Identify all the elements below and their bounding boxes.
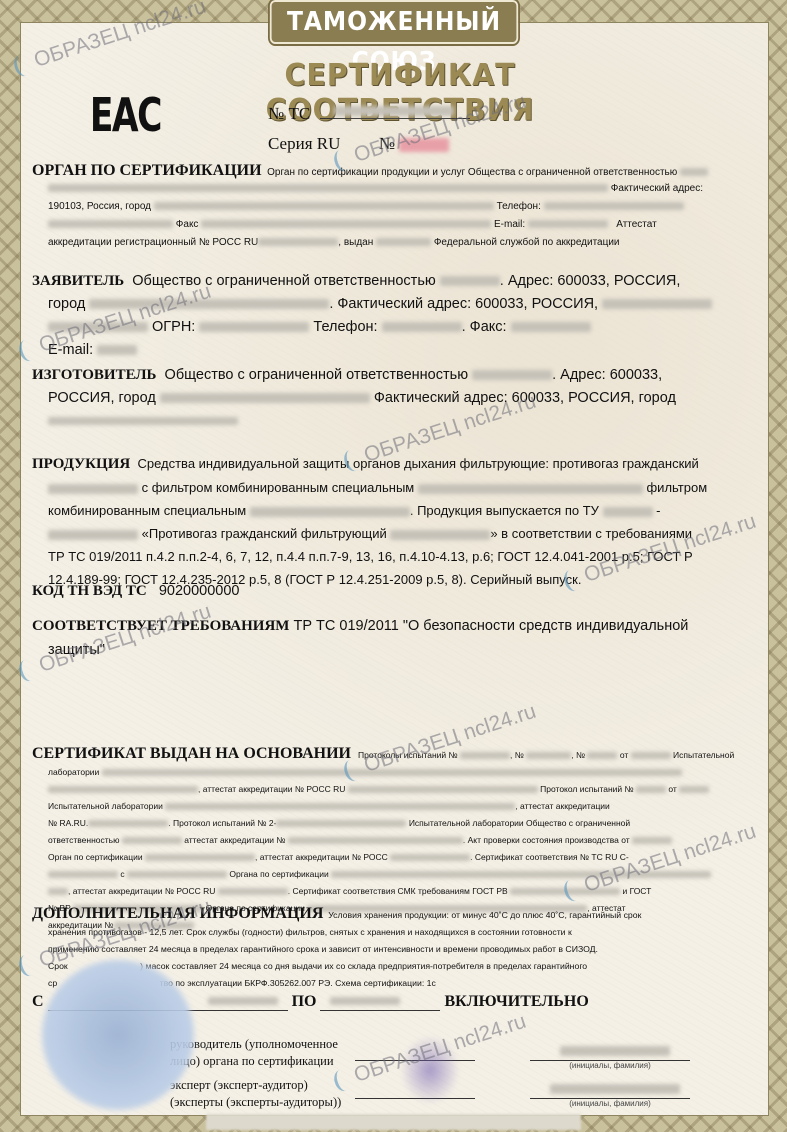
section-heading: ЗАЯВИТЕЛЬ <box>32 273 124 289</box>
section-heading: ОРГАН ПО СЕРТИФИКАЦИИ <box>32 162 262 179</box>
tc-number-value <box>320 104 470 119</box>
tc-number-label: № ТС <box>268 104 310 123</box>
head-name: (инициалы, фамилия) <box>530 1042 690 1070</box>
section-manufacturer: ИЗГОТОВИТЕЛЬ Общество с ограниченной отв… <box>32 364 762 433</box>
section-certification-body: ОРГАН ПО СЕРТИФИКАЦИИ Орган по сертифика… <box>32 162 762 252</box>
section-heading: СЕРТИФИКАТ ВЫДАН НА ОСНОВАНИИ <box>32 745 351 762</box>
series-label: Серия RU <box>268 134 340 153</box>
section-heading: ПРОДУКЦИЯ <box>32 456 130 472</box>
section-tnved: КОД ТН ВЭД ТС 9020000000 <box>32 580 240 603</box>
eac-logo: ЕАС <box>90 88 161 142</box>
section-heading: СООТВЕТСТВУЕТ ТРЕБОВАНИЯМ <box>32 618 289 634</box>
validity-to-date <box>320 992 440 1011</box>
form-number-strip <box>206 1114 581 1130</box>
signature <box>400 1035 460 1105</box>
section-heading: ИЗГОТОВИТЕЛЬ <box>32 367 156 383</box>
stamp-seal <box>42 960 194 1110</box>
validity-inclusive-label: ВКЛЮЧИТЕЛЬНО <box>444 993 588 1010</box>
expert-name: (инициалы, фамилия) <box>530 1080 690 1108</box>
series-number: Серия RU № <box>268 134 449 154</box>
tc-number: № ТС <box>268 104 470 124</box>
customs-union-banner: ТАМОЖЕННЫЙ СОЮЗ <box>270 0 518 44</box>
series-number-value <box>399 138 449 152</box>
validity-from-label: С <box>32 993 44 1010</box>
head-signature-label: руководитель (уполномоченное лицо) орган… <box>170 1036 338 1070</box>
section-heading: ДОПОЛНИТЕЛЬНАЯ ИНФОРМАЦИЯ <box>32 905 323 922</box>
section-conformity: СООТВЕТСТВУЕТ ТРЕБОВАНИЯМ ТР ТС 019/2011… <box>32 614 762 662</box>
expert-signature-label: эксперт (эксперт-аудитор) (эксперты (экс… <box>170 1077 341 1111</box>
tnved-code: 9020000000 <box>159 583 240 599</box>
number-label: № <box>379 134 395 153</box>
section-product: ПРОДУКЦИЯ Средства индивидуальной защиты… <box>32 452 767 591</box>
validity-to-label: ПО <box>292 993 317 1010</box>
section-heading: КОД ТН ВЭД ТС <box>32 583 147 599</box>
section-applicant: ЗАЯВИТЕЛЬ Общество с ограниченной ответс… <box>32 270 762 362</box>
